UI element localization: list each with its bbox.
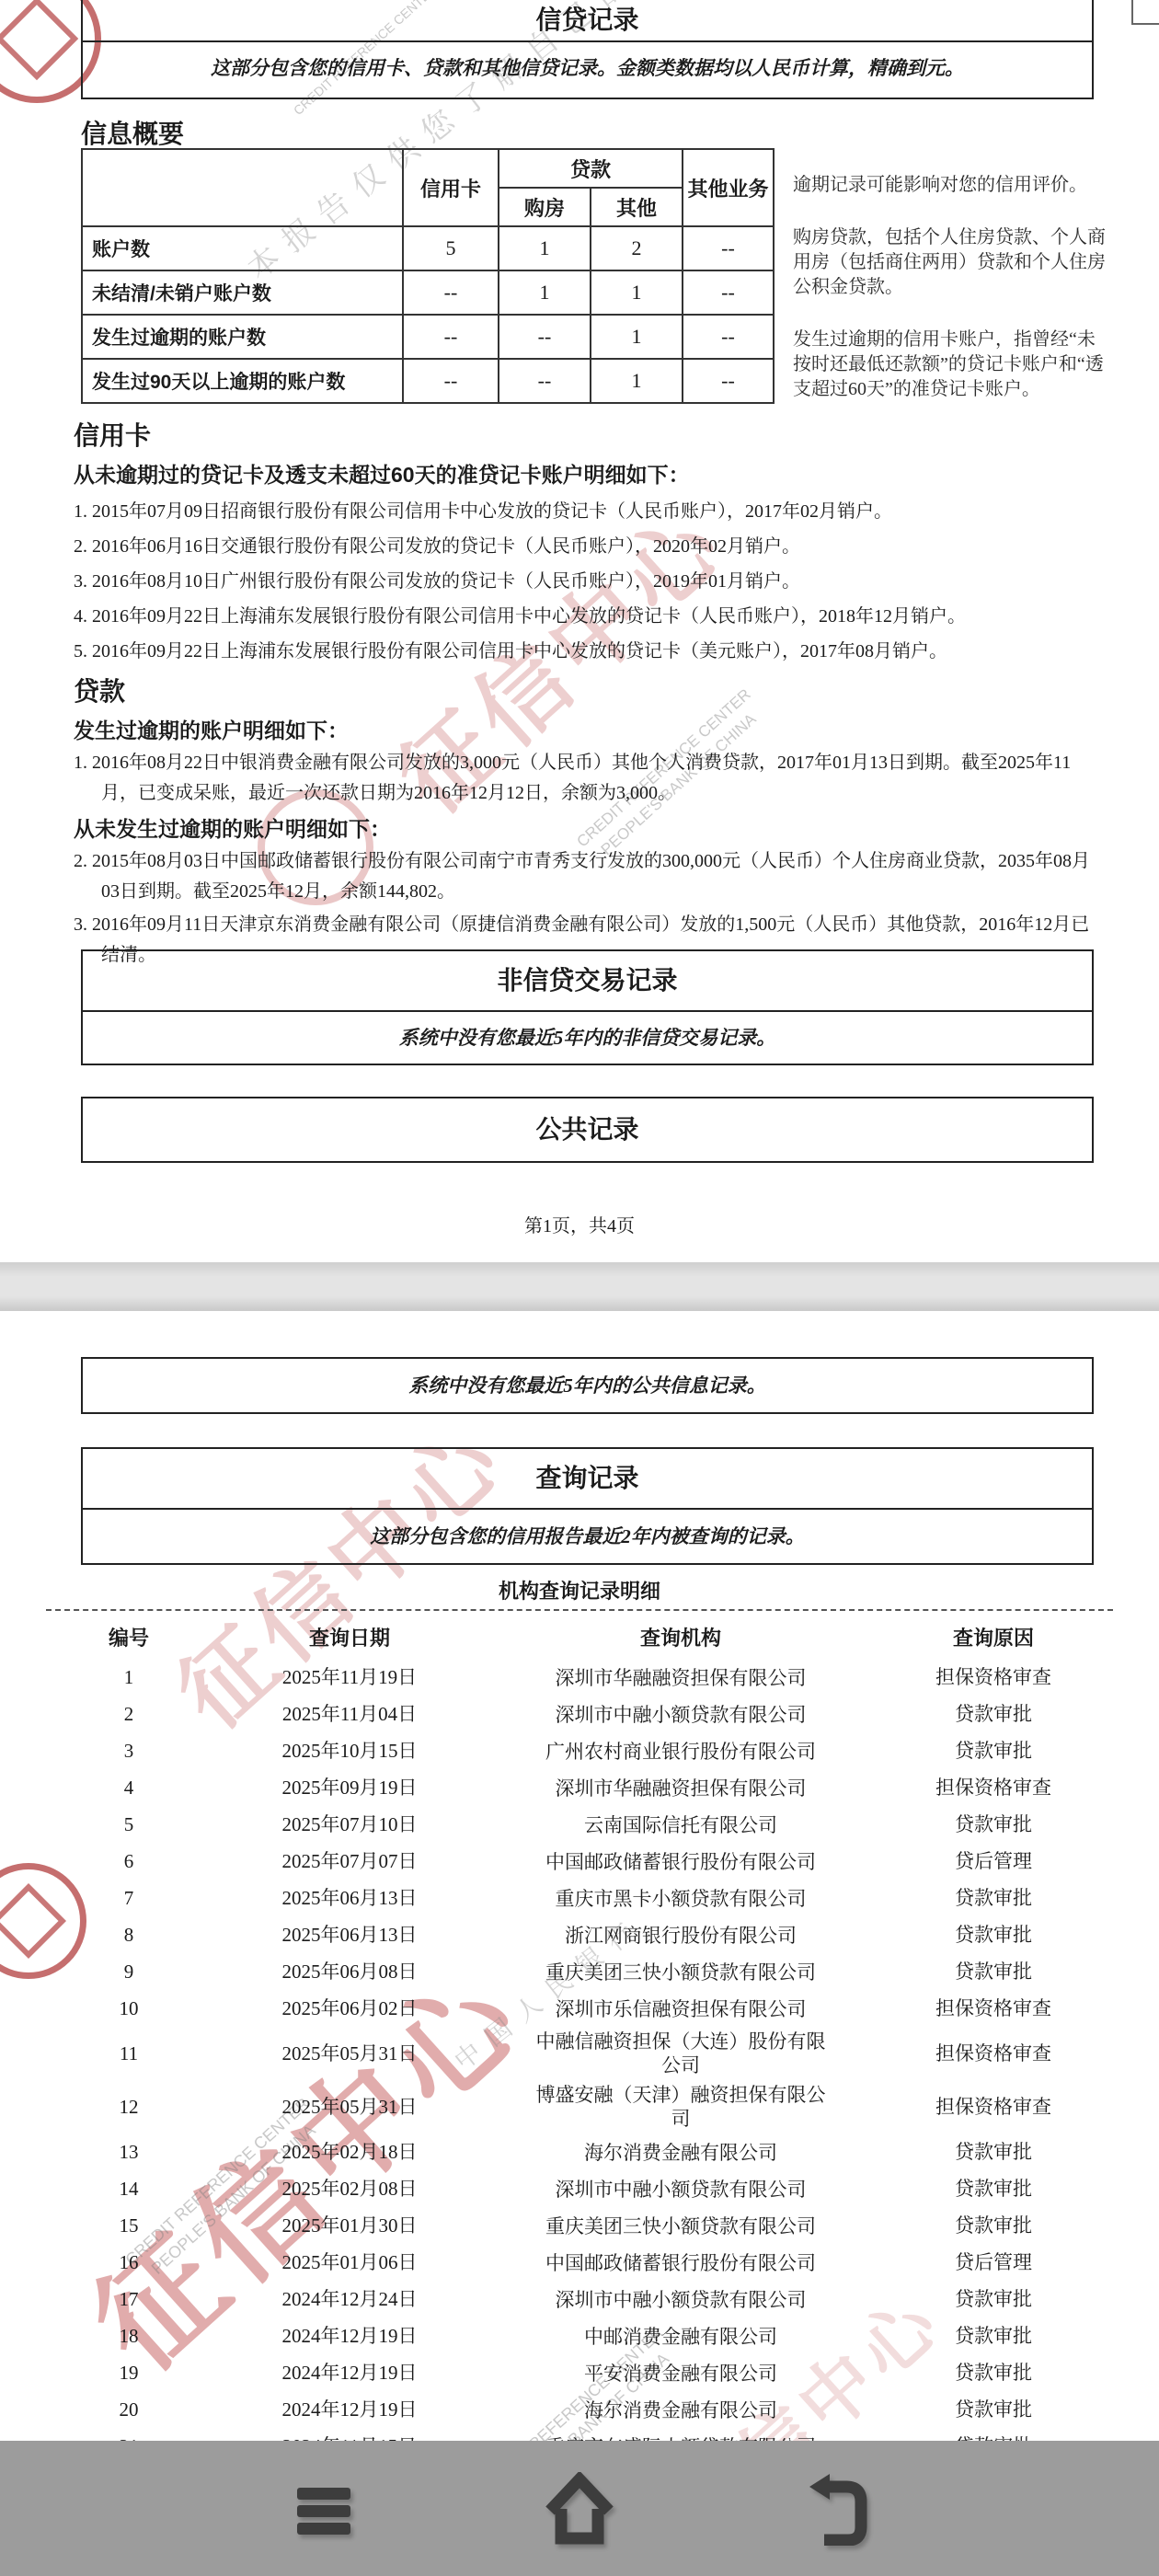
query-reason: 贷后管理: [874, 2248, 1113, 2277]
query-org-text: 中融信融资担保（大连）股份有限公司: [529, 2030, 832, 2077]
table-row: 122025年05月31日博盛安融（天津）融资担保有限公司担保资格审查: [46, 2080, 1113, 2133]
credit-record-title-box: 信贷记录: [81, 0, 1094, 42]
table-row: 192024年12月19日平安消费金融有限公司贷款审批: [46, 2354, 1113, 2391]
credit-card-item: 3. 2016年08月10日广州银行股份有限公司发放的贷记卡（人民币账户），20…: [74, 564, 1118, 599]
dashed-divider: [46, 1609, 1113, 1611]
credit-card-item: 5. 2016年09月22日上海浦东发展银行股份有限公司信用卡中心发放的贷记卡（…: [74, 634, 1118, 669]
query-org-text: 博盛安融（天津）融资担保有限公司: [529, 2083, 832, 2131]
query-date: 2024年12月19日: [212, 2358, 488, 2387]
public-info-notice: 系统中没有您最近5年内的公共信息记录。: [81, 1357, 1094, 1414]
query-reason: 担保资格审查: [874, 2039, 1113, 2068]
query-reason: 贷款审批: [874, 2174, 1113, 2203]
query-reason: 贷款审批: [874, 2321, 1113, 2351]
query-date: 2025年09月19日: [212, 1773, 488, 1802]
query-reason: 贷款审批: [874, 1883, 1113, 1913]
summary-row-label: 发生过逾期的账户数: [82, 315, 403, 359]
query-org-text: 广州农村商业银行股份有限公司: [545, 1740, 816, 1764]
row-number: 3: [46, 1736, 212, 1765]
query-reason: 担保资格审查: [874, 1994, 1113, 2023]
table-row: 32025年10月15日广州农村商业银行股份有限公司贷款审批: [46, 1732, 1113, 1769]
query-reason: 贷款审批: [874, 1810, 1113, 1839]
summary-notes: 逾期记录可能影响对您的信用评价。购房贷款，包括个人住房贷款、个人商用房（包括商住…: [793, 173, 1109, 430]
row-number: 12: [46, 2092, 212, 2122]
query-reason: 担保资格审查: [874, 1662, 1113, 1692]
summary-table-body: 信用卡 贷款 其他业务 购房 其他 账户数512--未结清/未销户账户数--11…: [82, 149, 774, 403]
query-reason: 担保资格审查: [874, 1773, 1113, 1802]
credit-card-item: 2. 2016年06月16日交通银行股份有限公司发放的贷记卡（人民币账户），20…: [74, 529, 1118, 564]
loan-overdue-items: 1. 2016年08月22日中银消费金融有限公司发放的3,000元（人民币）其他…: [74, 748, 1096, 809]
value-loan-other: 1: [591, 315, 683, 359]
value-other-business: --: [683, 226, 774, 270]
query-org: 平安消费金融有限公司: [488, 2357, 874, 2388]
col-loan: 贷款: [499, 149, 683, 188]
query-org: 重庆美团三快小额贷款有限公司: [488, 1956, 874, 1987]
page-edge-fragment: [1131, 0, 1159, 25]
back-button[interactable]: [802, 2474, 876, 2547]
query-date: 2025年07月07日: [212, 1846, 488, 1876]
query-org-text: 重庆美团三快小额贷款有限公司: [545, 2214, 816, 2238]
credit-card-subheading: 从未逾期过的贷记卡及透支未超过60天的准贷记卡账户明细如下：: [74, 458, 1118, 489]
screenshot-root: 本报告仅供您了解自己的信用状况使用 CREDIT REFERENCE CENTE…: [0, 0, 1159, 2576]
table-row: 162025年01月06日中国邮政储蓄银行股份有限公司贷后管理: [46, 2244, 1113, 2281]
table-row: 152025年01月30日重庆美团三快小额贷款有限公司贷款审批: [46, 2207, 1113, 2244]
query-date: 2025年06月13日: [212, 1883, 488, 1913]
summary-note: 发生过逾期的信用卡账户，指曾经“未按时还最低还款额”的贷记卡账户和“透支超过60…: [793, 328, 1109, 402]
row-number: 9: [46, 1957, 212, 1986]
query-org: 浙江网商银行股份有限公司: [488, 1919, 874, 1950]
query-date: 2025年02月18日: [212, 2137, 488, 2167]
page-separator: [0, 1262, 1159, 1311]
query-org: 深圳市中融小额贷款有限公司: [488, 1698, 874, 1730]
query-date: 2025年06月08日: [212, 1957, 488, 1986]
query-org-text: 重庆市黑卡小额贷款有限公司: [556, 1887, 807, 1911]
home-button[interactable]: [543, 2474, 616, 2547]
value-loan-house: --: [499, 359, 591, 403]
summary-row-label: 发生过90天以上逾期的账户数: [82, 359, 403, 403]
query-date: 2025年05月31日: [212, 2039, 488, 2068]
query-org: 深圳市中融小额贷款有限公司: [488, 2283, 874, 2315]
row-number: 4: [46, 1773, 212, 1802]
summary-row-label: 未结清/未销户账户数: [82, 270, 403, 315]
query-record-subtitle: 这部分包含您的信用报告最近2年内被查询的记录。: [83, 1510, 1092, 1563]
header-date: 查询日期: [212, 1623, 488, 1651]
row-number: 6: [46, 1846, 212, 1876]
query-org: 中国邮政储蓄银行股份有限公司: [488, 2247, 874, 2278]
credit-record-subtitle: 这部分包含您的信用卡、贷款和其他信贷记录。金额类数据均以人民币计算，精确到元。: [81, 39, 1094, 99]
query-reason: 贷款审批: [874, 1699, 1113, 1729]
col-loan-other: 其他: [591, 188, 683, 226]
query-reason: 贷款审批: [874, 2284, 1113, 2314]
menu-button[interactable]: [287, 2474, 361, 2547]
query-reason: 担保资格审查: [874, 2092, 1113, 2122]
summary-note: 逾期记录可能影响对您的信用评价。: [793, 173, 1109, 198]
seal-pattern-icon: [0, 0, 78, 80]
query-org: 重庆市黑卡小额贷款有限公司: [488, 1882, 874, 1914]
query-org: 中国邮政储蓄银行股份有限公司: [488, 1846, 874, 1877]
credit-card-items: 1. 2015年07月09日招商银行股份有限公司信用卡中心发放的贷记卡（人民币账…: [74, 494, 1118, 669]
row-number: 16: [46, 2248, 212, 2277]
col-loan-house: 购房: [499, 188, 591, 226]
android-navbar: [0, 2441, 1159, 2576]
loan-item: 1. 2016年08月22日中银消费金融有限公司发放的3,000元（人民币）其他…: [74, 748, 1096, 809]
query-org-text: 浙江网商银行股份有限公司: [565, 1924, 797, 1948]
query-record-box: 查询记录 这部分包含您的信用报告最近2年内被查询的记录。: [81, 1447, 1094, 1565]
row-number: 11: [46, 2039, 212, 2068]
query-date: 2025年05月31日: [212, 2092, 488, 2122]
table-row: 212024年11月15日重庆京东盛际小额贷款有限公司贷款审批: [46, 2428, 1113, 2441]
page-number: 第1页，共4页: [0, 1211, 1159, 1237]
row-number: 18: [46, 2321, 212, 2351]
query-reason: 贷款审批: [874, 1736, 1113, 1765]
table-row: 92025年06月08日重庆美团三快小额贷款有限公司贷款审批: [46, 1953, 1113, 1990]
table-row: 42025年09月19日深圳市华融融资担保有限公司担保资格审查: [46, 1769, 1113, 1806]
query-date: 2025年07月10日: [212, 1810, 488, 1839]
value-loan-house: --: [499, 315, 591, 359]
public-record-box: 公共记录: [81, 1097, 1094, 1163]
non-credit-title: 非信贷交易记录: [83, 951, 1092, 1012]
query-reason: 贷款审批: [874, 1957, 1113, 1986]
row-number: 7: [46, 1883, 212, 1913]
query-reason: 贷款审批: [874, 2358, 1113, 2387]
table-row: 182024年12月19日中邮消费金融有限公司贷款审批: [46, 2317, 1113, 2354]
query-org-text: 深圳市华融融资担保有限公司: [556, 1666, 807, 1690]
table-row: 112025年05月31日中融信融资担保（大连）股份有限公司担保资格审查: [46, 2027, 1113, 2080]
row-number: 10: [46, 1994, 212, 2023]
table-row: 52025年07月10日云南国际信托有限公司贷款审批: [46, 1806, 1113, 1843]
query-org-text: 中国邮政储蓄银行股份有限公司: [545, 2251, 816, 2275]
query-date: 2025年01月30日: [212, 2211, 488, 2240]
query-date: 2024年12月24日: [212, 2284, 488, 2314]
query-record-title: 查询记录: [83, 1449, 1092, 1510]
query-org: 博盛安融（天津）融资担保有限公司: [488, 2080, 874, 2133]
value-loan-other: 1: [591, 359, 683, 403]
back-icon: [806, 2472, 872, 2550]
table-row: 202024年12月19日海尔消费金融有限公司贷款审批: [46, 2391, 1113, 2428]
value-credit-card: 5: [403, 226, 499, 270]
table-row: 102025年06月02日深圳市乐信融资担保有限公司担保资格审查: [46, 1990, 1113, 2027]
value-other-business: --: [683, 315, 774, 359]
header-org: 查询机构: [488, 1623, 874, 1651]
query-date: 2025年06月02日: [212, 1994, 488, 2023]
table-row: 132025年02月18日海尔消费金融有限公司贷款审批: [46, 2133, 1113, 2170]
query-org-text: 海尔消费金融有限公司: [584, 2141, 777, 2165]
row-number: 1: [46, 1662, 212, 1692]
loan-item: 2. 2015年08月03日中国邮政储蓄银行股份有限公司南宁市青秀支行发放的30…: [74, 846, 1096, 907]
row-number: 5: [46, 1810, 212, 1839]
value-loan-house: 1: [499, 270, 591, 315]
query-date: 2025年11月04日: [212, 1699, 488, 1729]
query-org-text: 深圳市中融小额贷款有限公司: [556, 1703, 807, 1727]
loan-heading: 贷款: [74, 672, 1096, 708]
query-org: 海尔消费金融有限公司: [488, 2394, 874, 2425]
query-org: 深圳市中融小额贷款有限公司: [488, 2173, 874, 2204]
query-org-text: 海尔消费金融有限公司: [584, 2398, 777, 2422]
loan-overdue-subheading: 发生过逾期的账户明细如下：: [74, 714, 1096, 744]
summary-row: 未结清/未销户账户数--11--: [82, 270, 774, 315]
credit-card-heading: 信用卡: [74, 416, 1118, 453]
row-number: 8: [46, 1920, 212, 1949]
row-number: 15: [46, 2211, 212, 2240]
query-table: 编号 查询日期 查询机构 查询原因 12025年11月19日深圳市华融融资担保有…: [46, 1615, 1113, 2441]
query-org: 重庆京东盛际小额贷款有限公司: [488, 2431, 874, 2441]
summary-row-label: 账户数: [82, 226, 403, 270]
table-row: 12025年11月19日深圳市华融融资担保有限公司担保资格审查: [46, 1659, 1113, 1696]
header-number: 编号: [46, 1623, 212, 1651]
table-row: 142025年02月08日深圳市中融小额贷款有限公司贷款审批: [46, 2170, 1113, 2207]
credit-card-section: 信用卡 从未逾期过的贷记卡及透支未超过60天的准贷记卡账户明细如下： 1. 20…: [74, 416, 1118, 669]
loan-section: 贷款 发生过逾期的账户明细如下： 1. 2016年08月22日中银消费金融有限公…: [74, 672, 1096, 973]
table-row: 62025年07月07日中国邮政储蓄银行股份有限公司贷后管理: [46, 1843, 1113, 1880]
summary-row: 发生过逾期的账户数----1--: [82, 315, 774, 359]
query-org-text: 深圳市华融融资担保有限公司: [556, 1777, 807, 1800]
query-org-text: 深圳市中融小额贷款有限公司: [556, 2288, 807, 2312]
public-record-title: 公共记录: [83, 1098, 1092, 1161]
query-reason: 贷后管理: [874, 1846, 1113, 1876]
table-row: 22025年11月04日深圳市中融小额贷款有限公司贷款审批: [46, 1696, 1113, 1732]
home-icon: [543, 2472, 616, 2550]
credit-card-item: 4. 2016年09月22日上海浦东发展银行股份有限公司信用卡中心发放的贷记卡（…: [74, 599, 1118, 634]
summary-row: 账户数512--: [82, 226, 774, 270]
header-reason: 查询原因: [874, 1623, 1113, 1651]
non-credit-body: 系统中没有您最近5年内的非信贷交易记录。: [83, 1012, 1092, 1064]
query-reason: 贷款审批: [874, 2211, 1113, 2240]
query-date: 2025年01月06日: [212, 2248, 488, 2277]
query-org: 重庆美团三快小额贷款有限公司: [488, 2210, 874, 2241]
query-reason: 贷款审批: [874, 2137, 1113, 2167]
query-org: 中邮消费金融有限公司: [488, 2320, 874, 2352]
query-org-text: 中国邮政储蓄银行股份有限公司: [545, 1850, 816, 1874]
query-org-text: 平安消费金融有限公司: [584, 2362, 777, 2386]
query-org-text: 深圳市乐信融资担保有限公司: [556, 1997, 807, 2021]
query-table-title: 机构查询记录明细: [46, 1576, 1113, 1604]
row-number: 20: [46, 2395, 212, 2424]
summary-note: 购房贷款，包括个人住房贷款、个人商用房（包括商住两用）贷款和个人住房公积金贷款。: [793, 225, 1109, 300]
row-number: 2: [46, 1699, 212, 1729]
query-date: 2024年12月19日: [212, 2321, 488, 2351]
row-number: 17: [46, 2284, 212, 2314]
query-org: 深圳市乐信融资担保有限公司: [488, 1993, 874, 2024]
table-row: 72025年06月13日重庆市黑卡小额贷款有限公司贷款审批: [46, 1880, 1113, 1916]
query-org: 云南国际信托有限公司: [488, 1809, 874, 1840]
non-credit-box: 非信贷交易记录 系统中没有您最近5年内的非信贷交易记录。: [81, 949, 1094, 1065]
query-org-text: 云南国际信托有限公司: [584, 1813, 777, 1837]
row-number: 19: [46, 2358, 212, 2387]
query-org-text: 中邮消费金融有限公司: [584, 2325, 777, 2349]
credit-card-item: 1. 2015年07月09日招商银行股份有限公司信用卡中心发放的贷记卡（人民币账…: [74, 494, 1118, 529]
row-number: 21: [46, 2432, 212, 2441]
query-table-body: 12025年11月19日深圳市华融融资担保有限公司担保资格审查22025年11月…: [46, 1659, 1113, 2441]
query-date: 2024年12月19日: [212, 2395, 488, 2424]
report-page-1: 本报告仅供您了解自己的信用状况使用 CREDIT REFERENCE CENTE…: [0, 0, 1159, 1262]
query-org-text: 深圳市中融小额贷款有限公司: [556, 2178, 807, 2202]
value-other-business: --: [683, 270, 774, 315]
query-org: 海尔消费金融有限公司: [488, 2136, 874, 2168]
value-credit-card: --: [403, 270, 499, 315]
value-credit-card: --: [403, 315, 499, 359]
query-date: 2024年11月15日: [212, 2432, 488, 2441]
query-org: 深圳市华融融资担保有限公司: [488, 1662, 874, 1693]
query-date: 2025年11月19日: [212, 1662, 488, 1692]
query-org: 深圳市华融融资担保有限公司: [488, 1772, 874, 1803]
menu-icon: [297, 2482, 350, 2540]
row-number: 13: [46, 2137, 212, 2167]
value-loan-other: 2: [591, 226, 683, 270]
summary-heading: 信息概要: [81, 114, 184, 151]
query-org-text: 重庆美团三快小额贷款有限公司: [545, 1961, 816, 1984]
query-table-header: 编号 查询日期 查询机构 查询原因: [46, 1615, 1113, 1659]
query-date: 2025年06月13日: [212, 1920, 488, 1949]
summary-row: 发生过90天以上逾期的账户数----1--: [82, 359, 774, 403]
summary-table: 信用卡 贷款 其他业务 购房 其他 账户数512--未结清/未销户账户数--11…: [81, 148, 775, 404]
query-reason: 贷款审批: [874, 2395, 1113, 2424]
loan-clean-subheading: 从未发生过逾期的账户明细如下：: [74, 812, 1096, 843]
query-reason: 贷款审批: [874, 2432, 1113, 2441]
col-other-business: 其他业务: [683, 149, 774, 226]
query-reason: 贷款审批: [874, 1920, 1113, 1949]
table-row: 172024年12月24日深圳市中融小额贷款有限公司贷款审批: [46, 2281, 1113, 2317]
report-page-2: 征信中心 征信中心 CREDIT REFERENCE CENTER PEOPLE…: [0, 1311, 1159, 2441]
query-date: 2025年10月15日: [212, 1736, 488, 1765]
table-row: 82025年06月13日浙江网商银行股份有限公司贷款审批: [46, 1916, 1113, 1953]
query-org: 中融信融资担保（大连）股份有限公司: [488, 2027, 874, 2080]
value-loan-house: 1: [499, 226, 591, 270]
query-date: 2025年02月08日: [212, 2174, 488, 2203]
value-loan-other: 1: [591, 270, 683, 315]
value-credit-card: --: [403, 359, 499, 403]
value-other-business: --: [683, 359, 774, 403]
summary-corner-cell: [82, 149, 403, 226]
col-credit-card: 信用卡: [403, 149, 499, 226]
row-number: 14: [46, 2174, 212, 2203]
query-org: 广州农村商业银行股份有限公司: [488, 1735, 874, 1766]
